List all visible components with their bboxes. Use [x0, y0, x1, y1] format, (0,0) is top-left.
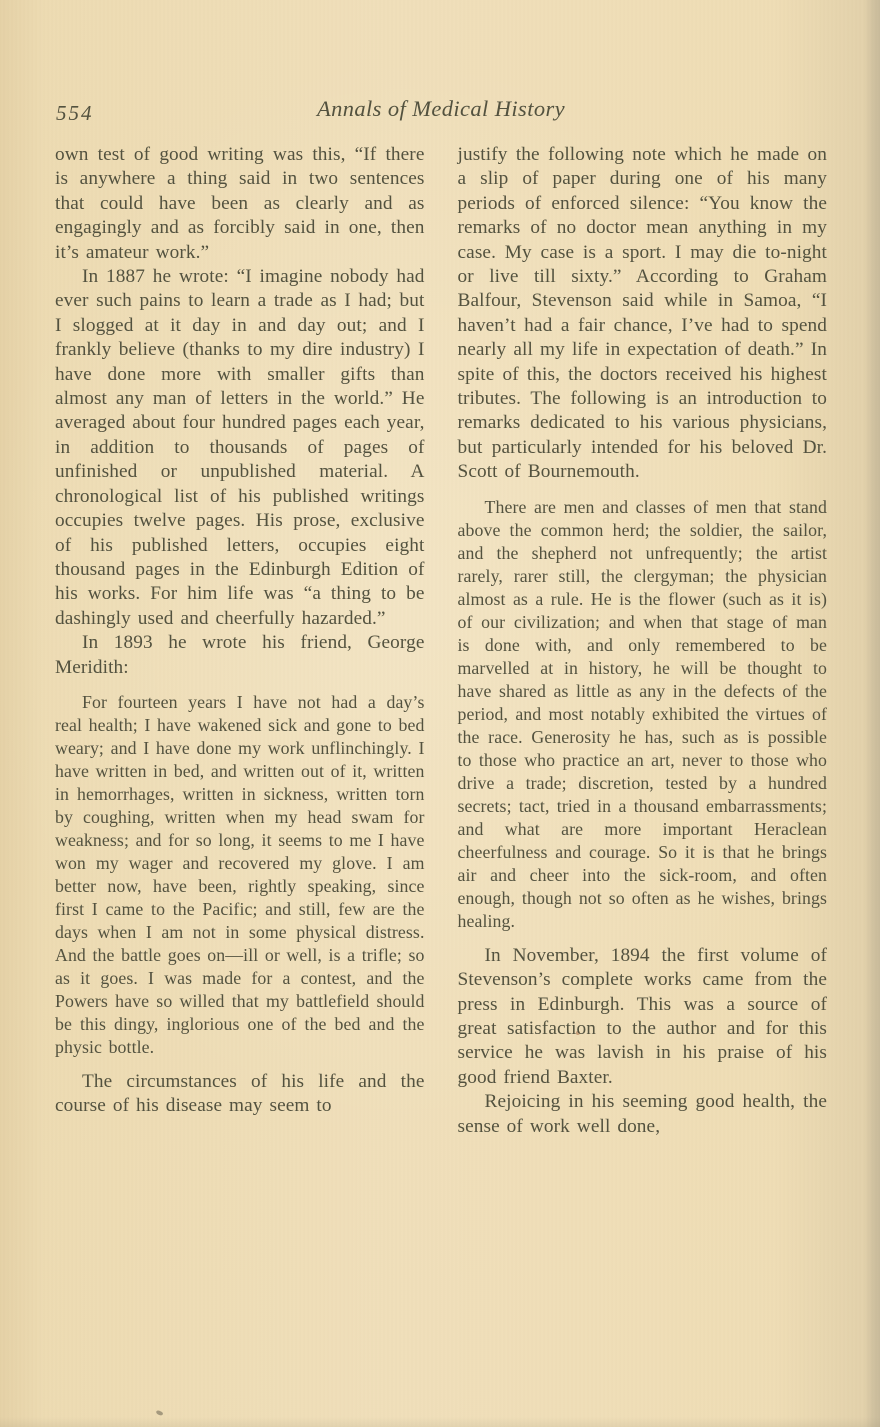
scan-edge-shadow-bottom	[0, 1417, 880, 1427]
left-column: own test of good writing was this, “If t…	[55, 143, 425, 1139]
paragraph: In 1893 he wrote his friend, George Meri…	[55, 631, 425, 680]
paragraph: own test of good writing was this, “If t…	[55, 143, 425, 265]
block-quote: There are men and classes of men that st…	[458, 496, 828, 933]
paragraph: In 1887 he wrote: “I imagine nobody had …	[55, 265, 425, 631]
scan-edge-shadow-right	[864, 0, 880, 1427]
block-quote: For fourteen years I have not had a day’…	[55, 691, 425, 1059]
right-column: justify the following note which he made…	[458, 143, 828, 1139]
paragraph: The circumstances of his life and the co…	[55, 1070, 425, 1119]
page-header: 554 Annals of Medical History	[55, 96, 827, 130]
book-page: 554 Annals of Medical History own test o…	[55, 96, 827, 1139]
paragraph: In November, 1894 the first volume of St…	[458, 944, 828, 1090]
paragraph: Rejoicing in his seeming good health, th…	[458, 1090, 828, 1139]
paragraph: justify the following note which he made…	[458, 143, 828, 485]
running-title: Annals of Medical History	[55, 96, 827, 122]
text-columns: own test of good writing was this, “If t…	[55, 143, 827, 1139]
